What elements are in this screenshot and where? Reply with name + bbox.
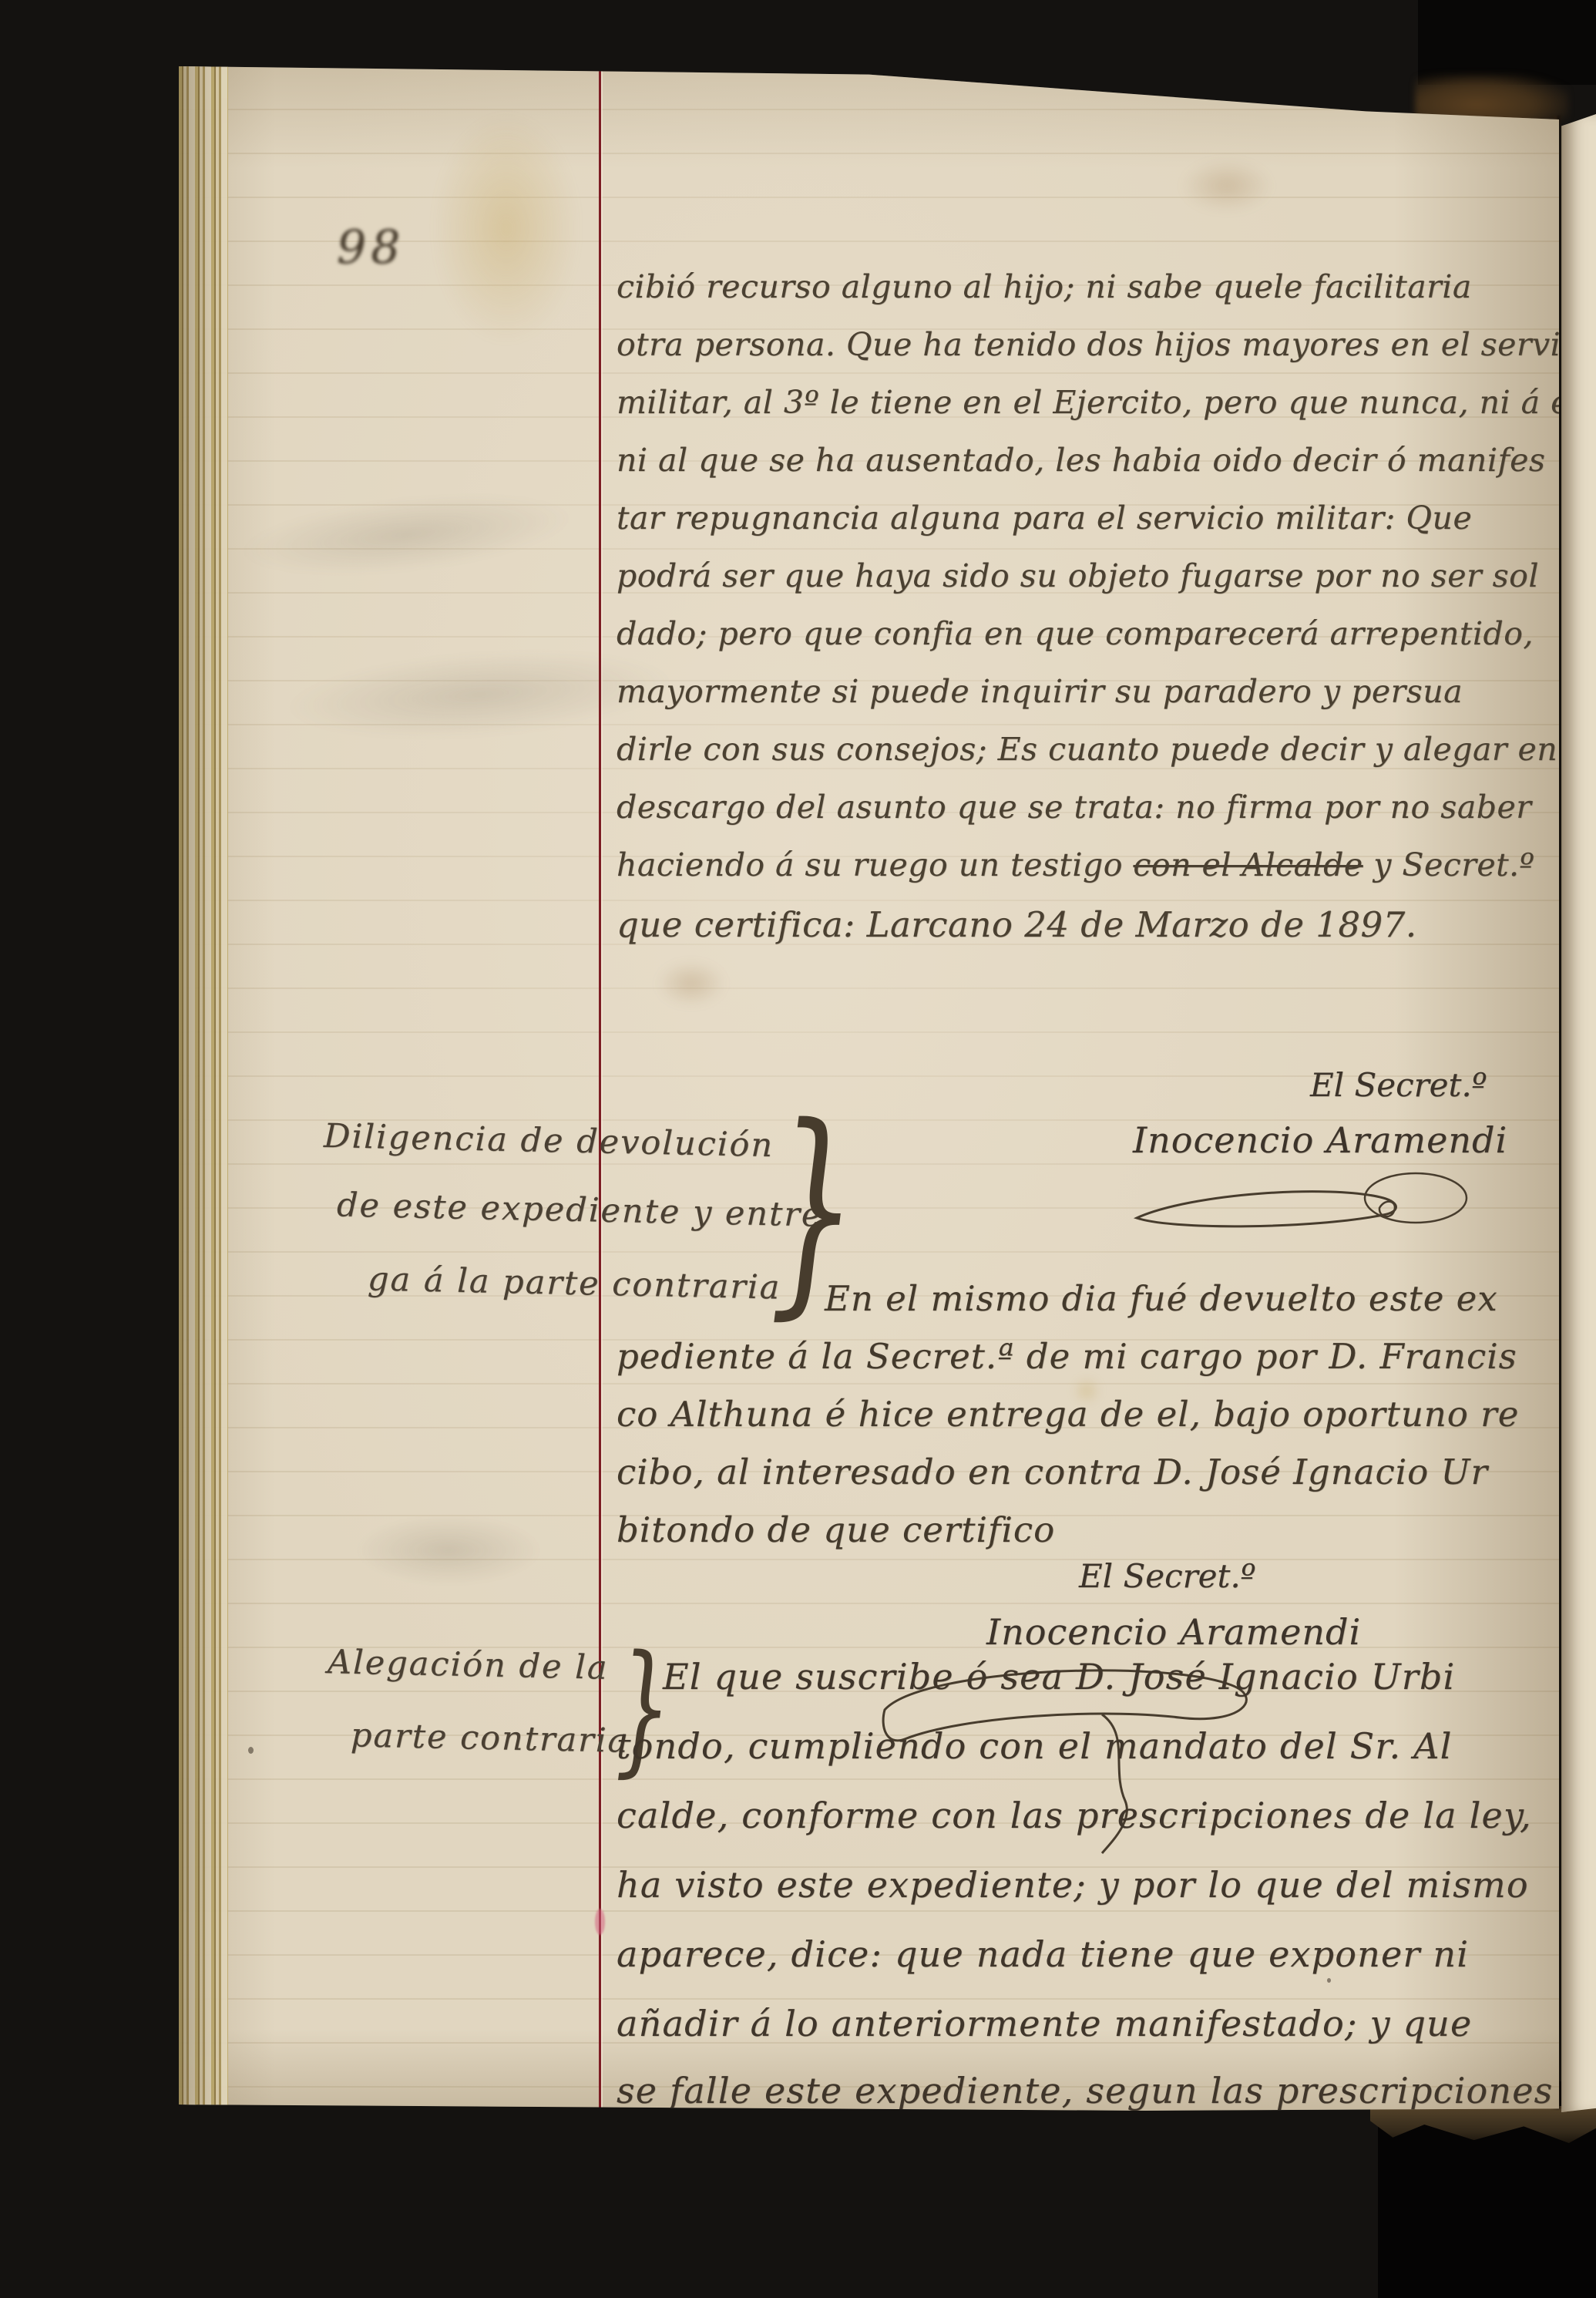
deposition-line: militar, al 3º le tiene en el Ejercito, … xyxy=(617,384,1596,421)
return-note-line: cibo, al interesado en contra D. José Ig… xyxy=(617,1452,1488,1492)
deposition-line: tar repugnancia alguna para el servicio … xyxy=(617,500,1472,537)
allegation-line: ha visto este expediente; y por lo que d… xyxy=(617,1864,1529,1906)
allegation-line: calde, conforme con las prescripciones d… xyxy=(617,1795,1532,1836)
deposition-dateline: que certifica: Larcano 24 de Marzo de 18… xyxy=(617,904,1417,945)
ghost-page-number: 98 xyxy=(337,220,405,274)
margin-note-return-line: de este expediente y entre xyxy=(337,1186,823,1234)
deposition-line: dirle con sus consejos; Es cuanto puede … xyxy=(617,731,1557,768)
secretary-title: El Secret.º xyxy=(1079,1557,1256,1595)
margin-note-allegation-line: Alegación de la xyxy=(328,1643,609,1687)
adjacent-page-edge xyxy=(1561,114,1596,2112)
return-note-line: co Althuna é hice entrega de el, bajo op… xyxy=(617,1394,1519,1435)
deposition-line: dado; pero que confia en que comparecerá… xyxy=(617,615,1534,652)
witness-line-post: y Secret.º xyxy=(1363,846,1535,883)
background-shadow xyxy=(1418,0,1596,85)
secretary-signature: Inocencio Aramendi xyxy=(1133,1119,1507,1161)
deposition-line: otra persona. Que ha tenido dos hijos ma… xyxy=(617,326,1596,363)
archival-photo-of-manuscript: { "document": { "ghost_page_number": "98… xyxy=(0,0,1596,2298)
deposition-line: podrá ser que haya sido su objeto fugars… xyxy=(617,557,1539,594)
deposition-line: descargo del asunto que se trata: no fir… xyxy=(617,789,1531,826)
allegation-line: se falle este expediente, segun las pres… xyxy=(617,2070,1553,2111)
allegation-line: añadir á lo anteriormente manifestado; y… xyxy=(617,2003,1472,2044)
page-edge-stack xyxy=(179,66,228,2111)
allegation-line: tondo, cumpliendo con el mandato del Sr.… xyxy=(617,1725,1453,1767)
margin-note-return-line: ga á la parte contraria xyxy=(368,1260,781,1307)
witness-line-pre: haciendo á su ruego un testigo xyxy=(617,846,1133,883)
return-note-line: pediente á la Secret.ª de mi cargo por D… xyxy=(617,1336,1517,1377)
deposition-line: ni al que se ha ausentado, les habia oid… xyxy=(617,442,1545,479)
ink-speck xyxy=(1327,1978,1331,1983)
signature-flourish xyxy=(1129,1164,1472,1237)
secretary-signature: Inocencio Aramendi xyxy=(986,1611,1361,1653)
paper-stain xyxy=(433,113,580,344)
secretary-title: El Secret.º xyxy=(1310,1066,1487,1104)
margin-rule-highlight xyxy=(601,66,603,2111)
deposition-line: cibió recurso alguno al hijo; ni sabe qu… xyxy=(617,268,1472,305)
allegation-line: aparece, dice: que nada tiene que expone… xyxy=(617,1933,1469,1975)
ink-speck xyxy=(248,1747,254,1754)
return-note-line: bitondo de que certifico xyxy=(617,1509,1055,1550)
struck-out-words: con el Alcalde xyxy=(1133,846,1362,883)
margin-note-allegation-line: parte contraria xyxy=(351,1716,630,1761)
foxing-spot xyxy=(1181,159,1273,213)
ink-smudge xyxy=(595,1909,605,1935)
return-note-line: En el mismo dia fué devuelto este ex xyxy=(825,1278,1498,1319)
bleed-through-smudge xyxy=(237,481,575,588)
deposition-witness-line: haciendo á su ruego un testigo con el Al… xyxy=(617,846,1534,883)
foxing-spot xyxy=(657,961,726,1007)
manuscript-page: 98 cibió recurso alguno al hijo; ni sabe… xyxy=(179,66,1559,2111)
deposition-line: mayormente si puede inquirir su paradero… xyxy=(617,673,1463,710)
bleed-through-smudge xyxy=(356,1516,541,1585)
allegation-line: El que suscribe ó sea D. José Ignacio Ur… xyxy=(663,1656,1455,1697)
margin-note-return-line: Diligencia de devolución xyxy=(324,1117,774,1165)
